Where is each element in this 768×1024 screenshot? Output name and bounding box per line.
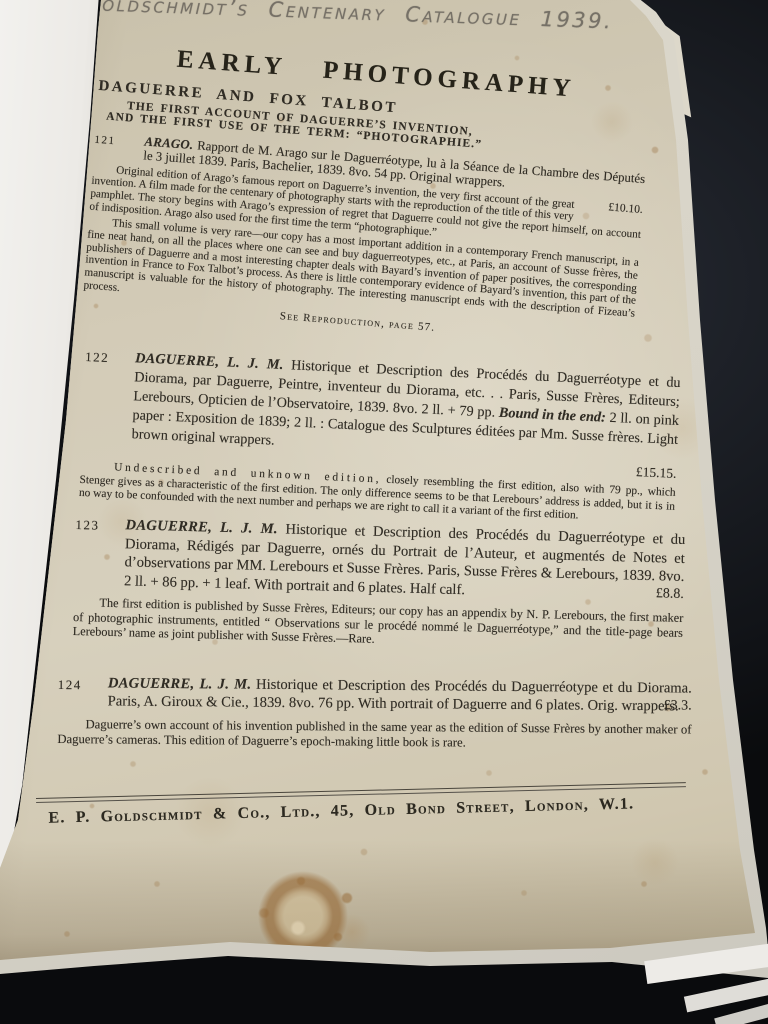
footer-section: E. P. Goldschmidt & Co., Ltd., 45, Old B… [36, 782, 687, 828]
entry-124: 124 DAGUERRE, L. J. M. Historique et Des… [57, 675, 692, 752]
entry-description-italic: Bound in the end: [499, 405, 606, 426]
entry-124-section: 124 DAGUERRE, L. J. M. Historique et Des… [57, 666, 692, 752]
entry-price: £10.10. [584, 199, 643, 216]
entry-number: 124 [58, 677, 82, 693]
entry-note: The first edition is published by Susse … [73, 595, 684, 654]
entry-author: DAGUERRE, L. J. M. [108, 675, 252, 692]
book-photograph: Goldschmidt’s Centenary Catalogue 1939. … [0, 0, 768, 1024]
header-and-entry-121: EARLY PHOTOGRAPHY DAGUERRE AND FOX TALBO… [82, 40, 653, 349]
entry-heading: DAGUERRE, L. J. M. Historique et Descrip… [108, 675, 692, 716]
entry-author: DAGUERRE, L. J. M. [125, 517, 278, 537]
handwritten-annotation: Goldschmidt’s Centenary Catalogue 1939. [83, 0, 613, 33]
entry-number: 121 [94, 134, 116, 148]
entry-note: Daguerre’s own account of his invention … [57, 717, 691, 753]
entry-122: 122 DAGUERRE, L. J. M. Historique et Des… [79, 347, 681, 527]
catalogue-page: Goldschmidt’s Centenary Catalogue 1939. … [0, 0, 768, 1024]
entry-123-section: 123 DAGUERRE, L. J. M. Historique et Des… [73, 506, 686, 655]
entry-123: 123 DAGUERRE, L. J. M. Historique et Des… [73, 515, 686, 655]
entry-122-section: 122 DAGUERRE, L. J. M. Historique et Des… [79, 338, 682, 527]
entry-121: 121 ARAGO. Rapport de M. Arago sur le Da… [82, 131, 646, 349]
entry-number: 122 [85, 349, 110, 366]
entry-number: 123 [75, 517, 99, 534]
